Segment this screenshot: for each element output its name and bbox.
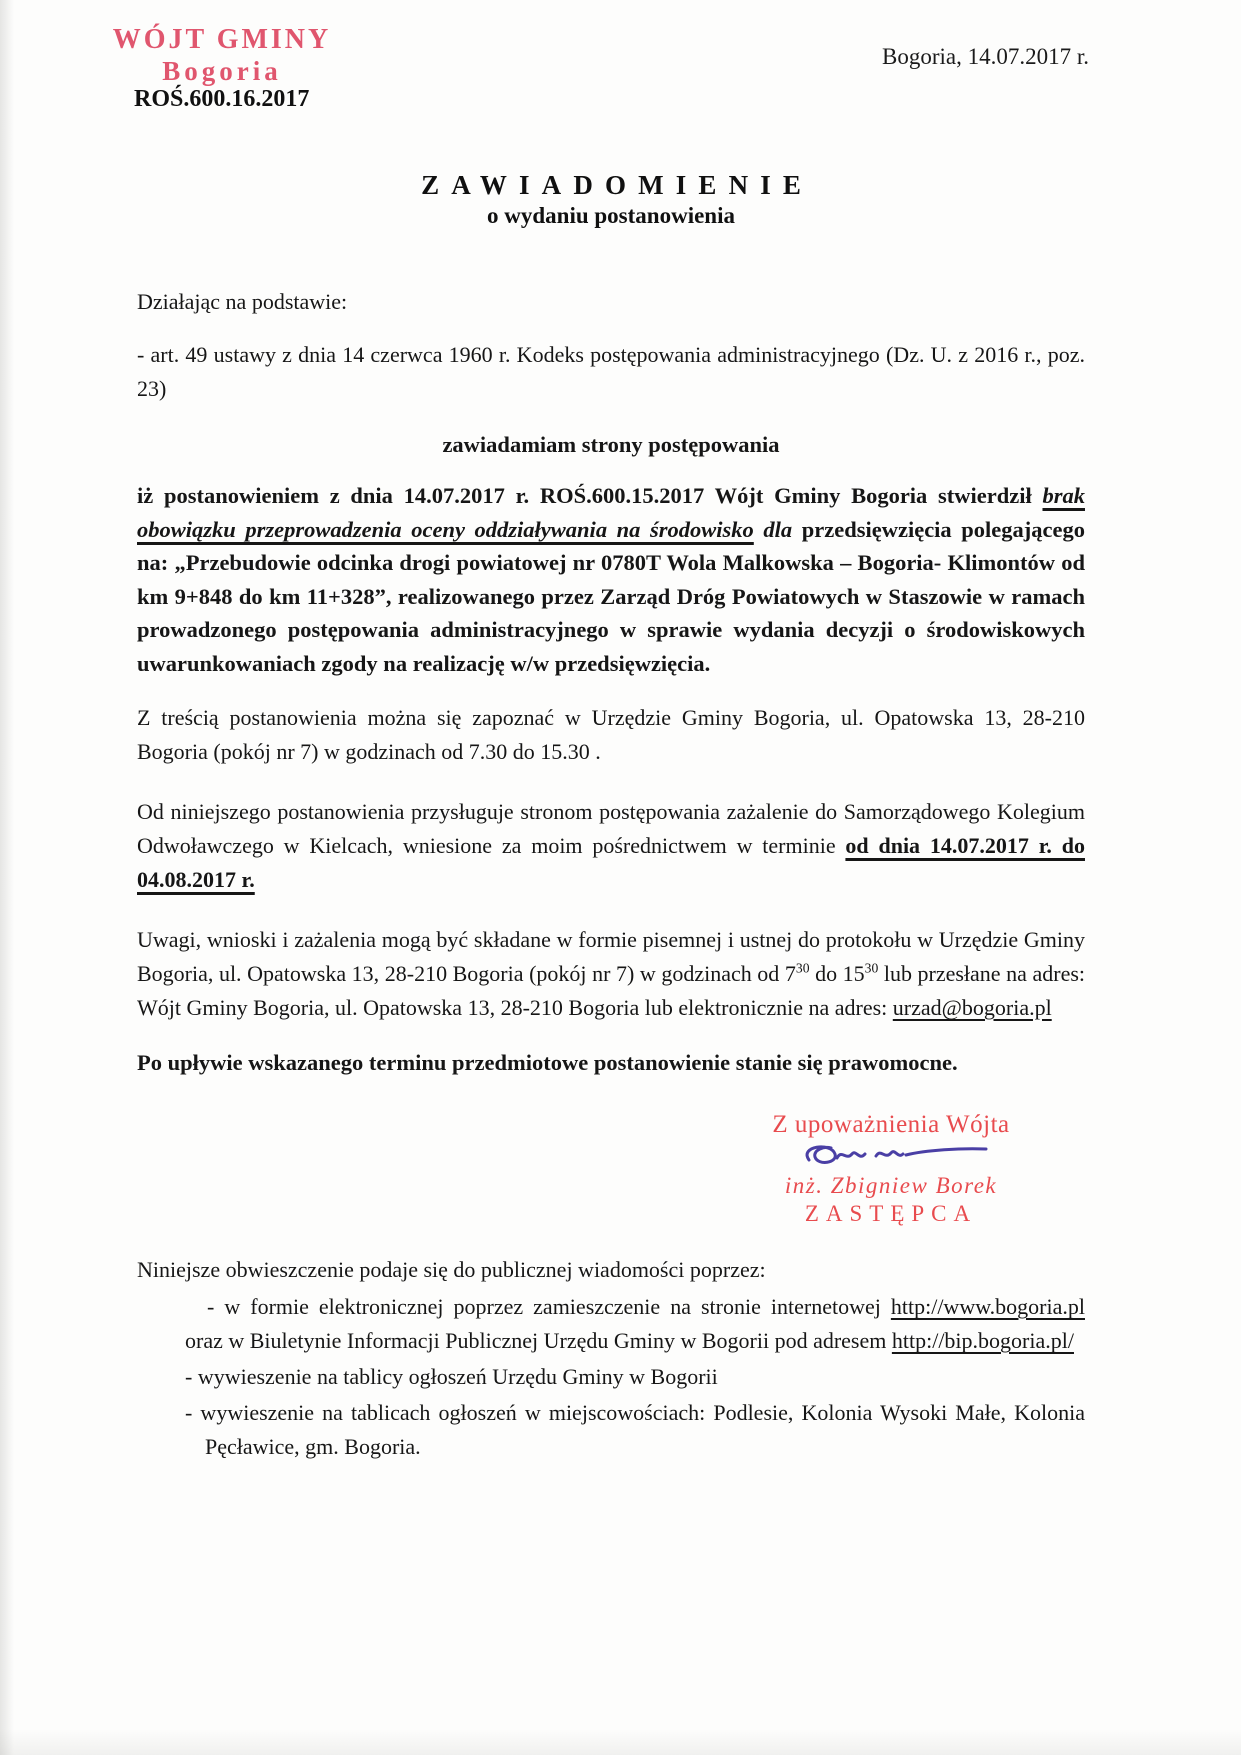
legal-basis-intro: Działając na podstawie: [137, 285, 1085, 319]
decision-seg-dla: dla [754, 517, 802, 542]
document-header: WÓJT GMINY Bogoria ROŚ.600.16.2017 Bogor… [0, 0, 1241, 150]
announcement-item-electronic: - w formie elektronicznej poprzez zamies… [185, 1290, 1085, 1358]
appeal-paragraph: Od niniejszego postanowienia przysługuje… [137, 795, 1085, 897]
office-stamp-line1: WÓJT GMINY [112, 24, 332, 56]
website-link: http://www.bogoria.pl [891, 1294, 1085, 1319]
authorization-stamp: Z upoważnienia Wójta [701, 1110, 1081, 1140]
announcement-list: - w formie elektronicznej poprzez zamies… [185, 1290, 1085, 1464]
item1-seg2: oraz w Biuletynie Informacji Publicznej … [185, 1328, 892, 1353]
notification-heading: zawiadamiam strony postępowania [137, 428, 1085, 462]
office-stamp-line2: Bogoria [112, 56, 332, 87]
document-title: ZAWIADOMIENIE [137, 170, 1085, 201]
announcement-intro: Niniejsze obwieszczenie podaje się do pu… [137, 1253, 1085, 1287]
signer-name-stamp: inż. Zbigniew Borek [701, 1172, 1081, 1200]
item1-seg1: - w formie elektronicznej poprzez zamies… [207, 1294, 891, 1319]
case-number: ROŚ.600.16.2017 [134, 86, 309, 113]
handwritten-signature-icon [781, 1138, 1001, 1176]
document-body: ZAWIADOMIENIE o wydaniu postanowienia Dz… [0, 170, 1241, 1464]
legal-basis-item: - art. 49 ustawy z dnia 14 czerwca 1960 … [137, 338, 1085, 406]
decision-seg1: iż postanowieniem z dnia 14.07.2017 r. R… [137, 483, 1042, 508]
bip-link: http://bip.bogoria.pl/ [892, 1328, 1074, 1353]
decision-paragraph: iż postanowieniem z dnia 14.07.2017 r. R… [137, 479, 1085, 680]
signature-block: Z upoważnienia Wójta inż. Zbigniew Borek… [701, 1110, 1081, 1227]
remarks-sup-1530: 30 [865, 961, 879, 976]
office-stamp: WÓJT GMINY Bogoria [112, 24, 332, 87]
access-info-paragraph: Z treścią postanowienia można się zapozn… [137, 701, 1085, 769]
announcement-item-villages: - wywieszenie na tablicach ogłoszeń w mi… [185, 1396, 1085, 1464]
document-subtitle: o wydaniu postanowienia [137, 203, 1085, 229]
email-address: urzad@bogoria.pl [893, 995, 1052, 1020]
scanned-document-page: WÓJT GMINY Bogoria ROŚ.600.16.2017 Bogor… [0, 0, 1241, 1755]
remarks-sup-730: 30 [796, 961, 810, 976]
remarks-seg2: do 15 [810, 961, 865, 986]
announcement-item-noticeboard: - wywieszenie na tablicy ogłoszeń Urzędu… [185, 1360, 1085, 1394]
final-notice: Po upływie wskazanego terminu przedmioto… [137, 1046, 1085, 1080]
place-and-date: Bogoria, 14.07.2017 r. [882, 44, 1089, 70]
signer-role-stamp: ZASTĘPCA [701, 1200, 1081, 1228]
remarks-paragraph: Uwagi, wnioski i zażalenia mogą być skła… [137, 923, 1085, 1025]
